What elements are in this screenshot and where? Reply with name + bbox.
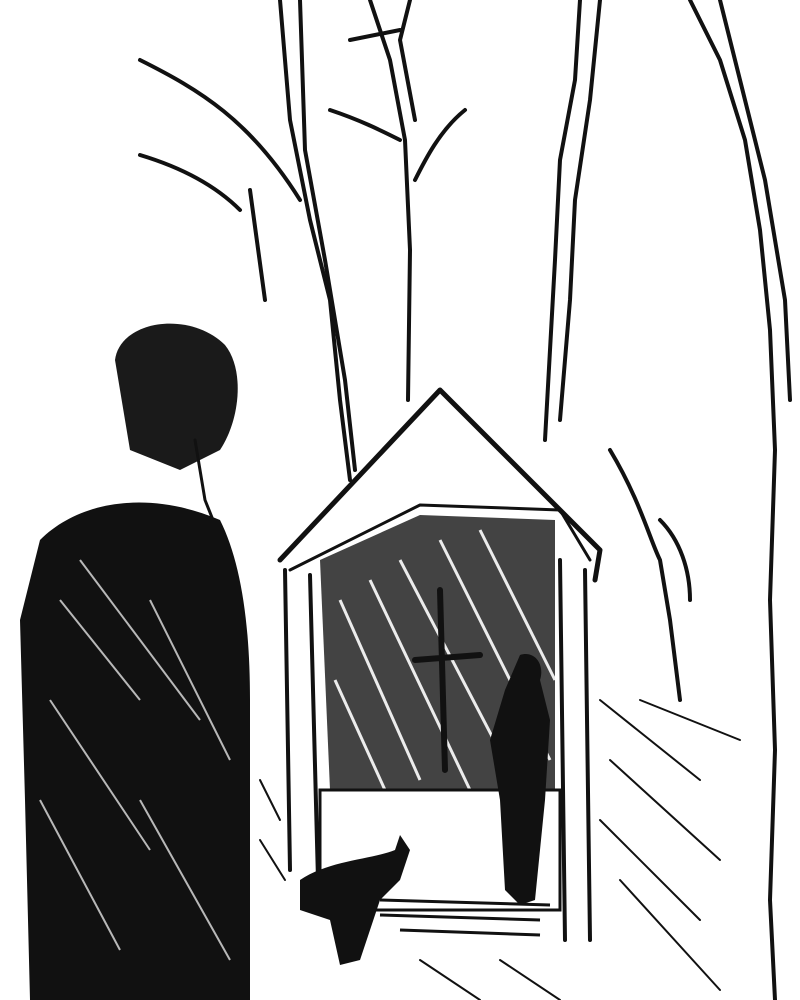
sketch-illustration xyxy=(0,0,800,1000)
